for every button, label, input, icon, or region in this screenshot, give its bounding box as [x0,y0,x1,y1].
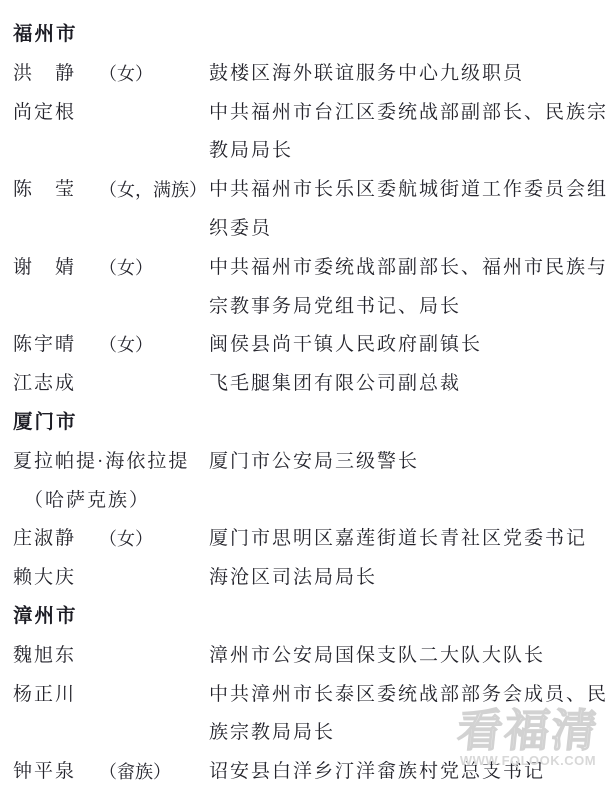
person-position: 中共福州市委统战部副部长、福州市民族与 宗教事务局党组书记、局长 [209,249,615,327]
entry-name-cell: 陈 莹（女，满族） [13,171,209,210]
roster-entry: 杨正川 中共漳州市长泰区委统战部部务会成员、民 族宗教局局长 [13,676,615,754]
roster-entry: 庄淑静（女） 厦门市思明区嘉莲街道长青社区党委书记 [13,520,615,559]
entry-name-cell: 赖大庆 [13,559,209,598]
roster-entry: 谢 婧（女） 中共福州市委统战部副部长、福州市民族与 宗教事务局党组书记、局长 [13,249,615,327]
roster-entry: 陈 莹（女，满族） 中共福州市长乐区委航城街道工作委员会组 织委员 [13,171,615,249]
entry-name-cell: 钟平泉（畲族） [13,753,209,792]
entry-name-cell: 洪 静（女） [13,55,209,94]
person-position: 厦门市思明区嘉莲街道长青社区党委书记 [209,520,615,559]
person-name: 陈 莹 [13,171,99,210]
city-section: 福州市 洪 静（女） 鼓楼区海外联谊服务中心九级职员 尚定根 中共福州市台江区委… [13,16,615,404]
person-position: 飞毛腿集团有限公司副总裁 [209,365,615,404]
roster-entry: 洪 静（女） 鼓楼区海外联谊服务中心九级职员 [13,55,615,94]
person-position: 中共福州市长乐区委航城街道工作委员会组 织委员 [209,171,615,249]
roster-entry: 魏旭东 漳州市公安局国保支队二大队大队长 [13,637,615,676]
person-name: 魏旭东 [13,637,99,676]
city-section: 厦门市 夏拉帕提·海依拉提（哈萨克族） 厦门市公安局三级警长 庄淑静（女） 厦门… [13,404,615,598]
entry-name-cell: 陈宇晴（女） [13,326,209,365]
person-position: 中共福州市台江区委统战部副部长、民族宗 教局局长 [209,94,615,172]
person-name: 江志成 [13,365,99,404]
person-name: 庄淑静 [13,520,99,559]
person-note: （女） [99,335,153,355]
roster-entry: 陈宇晴（女） 闽侯县尚干镇人民政府副镇长 [13,326,615,365]
roster-entry: 江志成 飞毛腿集团有限公司副总裁 [13,365,615,404]
person-name: 陈宇晴 [13,326,99,365]
person-name: 尚定根 [13,94,99,133]
entry-name-cell: 杨正川 [13,676,209,715]
person-name: 洪 静 [13,55,99,94]
city-section: 漳州市 魏旭东 漳州市公安局国保支队二大队大队长 杨正川 中共漳州市长泰区委统战… [13,598,615,792]
person-name: 钟平泉 [13,753,99,792]
person-name: 赖大庆 [13,559,99,598]
person-position: 海沧区司法局局长 [209,559,615,598]
entry-name-cell: 谢 婧（女） [13,249,209,288]
roster-entry: 钟平泉（畲族） 诏安县白洋乡汀洋畲族村党总支书记 [13,753,615,792]
person-name: 谢 婧 [13,249,99,288]
document-page: 福州市 洪 静（女） 鼓楼区海外联谊服务中心九级职员 尚定根 中共福州市台江区委… [0,0,615,798]
roster-entry: 夏拉帕提·海依拉提（哈萨克族） 厦门市公安局三级警长 [13,443,615,521]
entry-name-cell: 魏旭东 [13,637,209,676]
person-note: （女） [99,529,153,549]
city-heading: 厦门市 [13,404,615,443]
roster-entry: 赖大庆 海沧区司法局局长 [13,559,615,598]
entry-name-cell: 庄淑静（女） [13,520,209,559]
roster-list: 福州市 洪 静（女） 鼓楼区海外联谊服务中心九级职员 尚定根 中共福州市台江区委… [13,16,615,792]
entry-name-cell: 江志成 [13,365,209,404]
entry-name-cell: 尚定根 [13,94,209,133]
person-position: 漳州市公安局国保支队二大队大队长 [209,637,615,676]
person-name: 夏拉帕提·海依拉提 [13,443,189,482]
roster-entry: 尚定根 中共福州市台江区委统战部副部长、民族宗 教局局长 [13,94,615,172]
person-note: （女） [99,258,153,278]
city-heading: 福州市 [13,16,615,55]
person-position: 闽侯县尚干镇人民政府副镇长 [209,326,615,365]
person-name: 杨正川 [13,676,99,715]
city-heading: 漳州市 [13,598,615,637]
person-position: 厦门市公安局三级警长 [209,443,615,482]
person-note: （畲族） [99,762,171,782]
person-position: 鼓楼区海外联谊服务中心九级职员 [209,55,615,94]
person-note: （女） [99,64,153,84]
person-note-line2: （哈萨克族） [13,482,209,521]
person-position: 中共漳州市长泰区委统战部部务会成员、民 族宗教局局长 [209,676,615,754]
person-note: （女，满族） [99,180,207,200]
entry-name-cell: 夏拉帕提·海依拉提（哈萨克族） [13,443,209,521]
person-position: 诏安县白洋乡汀洋畲族村党总支书记 [209,753,615,792]
